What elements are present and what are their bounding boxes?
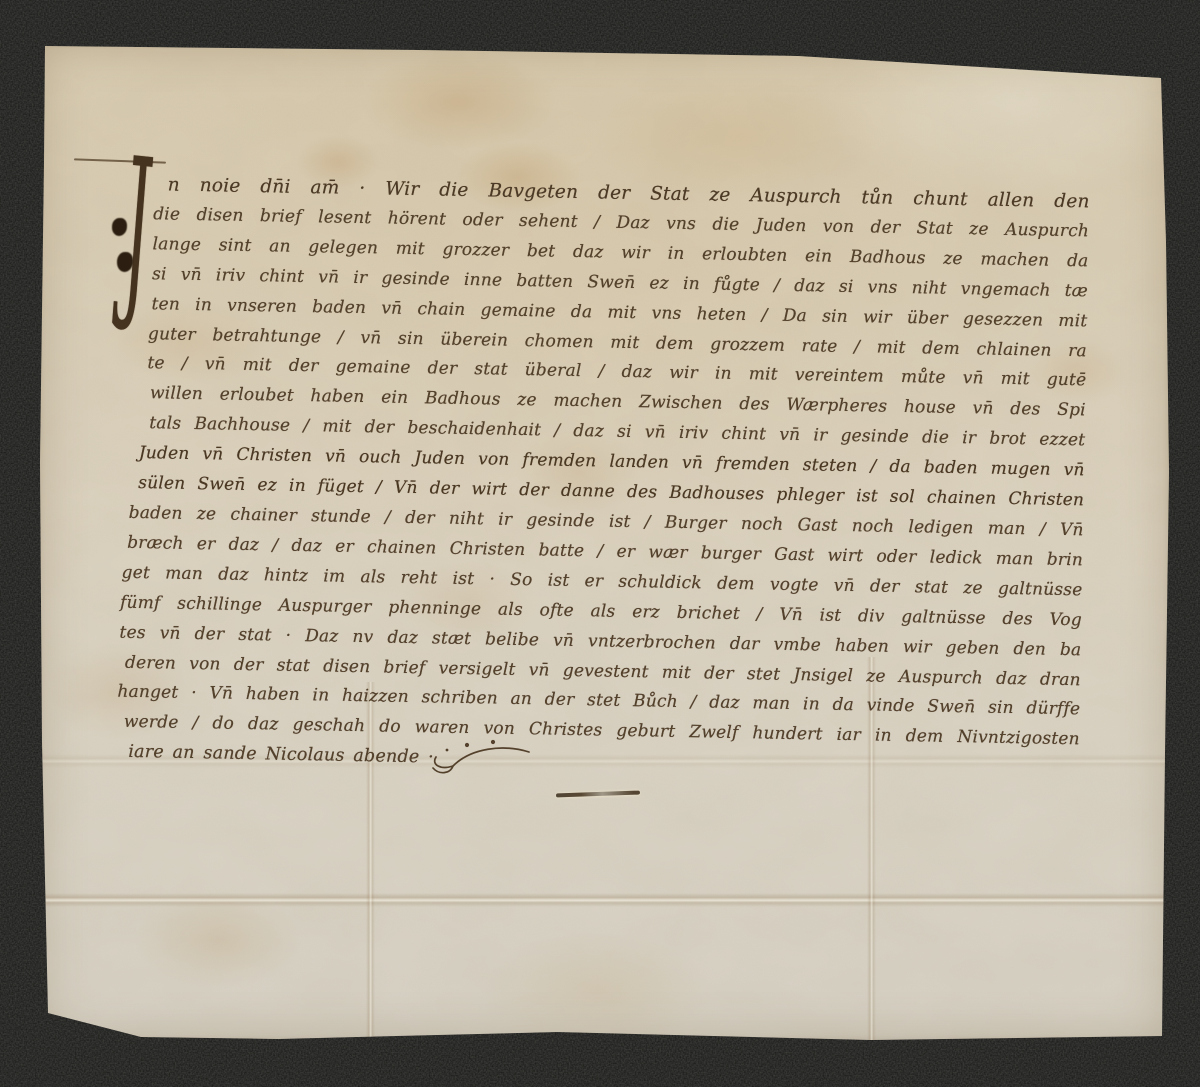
horizontal-fold-crease: [38, 893, 1170, 907]
photograph-of-charter: { "manuscript": { "initial_letter": "J",…: [0, 0, 1200, 1087]
initial-flourish-line: [74, 158, 166, 163]
initial-ink-blob: [117, 252, 133, 272]
manuscript-text-block: n noie dn̄i am̄ · Wir die Bavgeten der S…: [131, 170, 1090, 785]
initial-ink-blob: [112, 218, 127, 236]
parchment-slit: [556, 791, 640, 798]
parchment-sheet: J n noie dn̄i am̄ · Wir die Bavgeten der…: [38, 42, 1170, 1042]
